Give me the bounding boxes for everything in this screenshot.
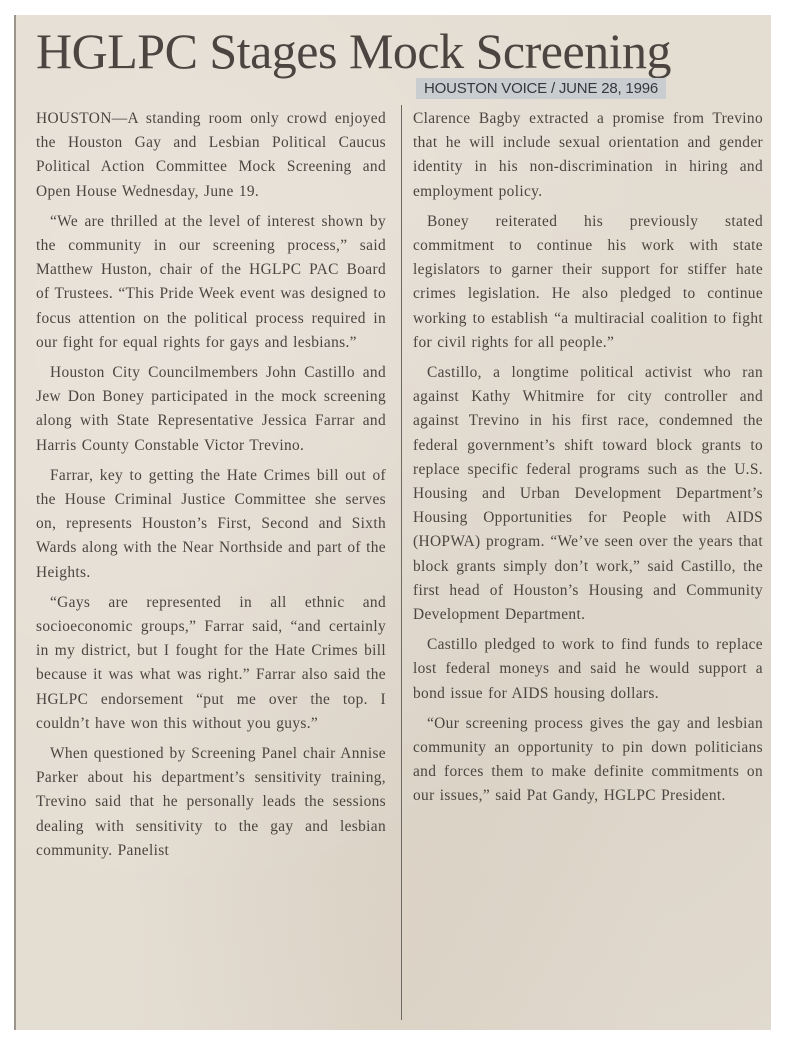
article-column-right: Clarence Bagby extracted a promise from … [413,107,763,815]
paragraph: Boney reiterated his previously stated c… [413,210,763,355]
article-column-left: HOUSTON—A standing room only crowd enjoy… [36,107,386,869]
paragraph: Farrar, key to getting the Hate Crimes b… [36,464,386,585]
newspaper-clipping: HGLPC Stages Mock Screening HOUSTON VOIC… [14,15,771,1030]
paragraph-continuation: Clarence Bagby extracted a promise from … [413,107,763,204]
paragraph: “Gays are represented in all ethnic and … [36,591,386,736]
paragraph: “Our screening process gives the gay and… [413,712,763,809]
paragraph: HOUSTON—A standing room only crowd enjoy… [36,107,386,204]
source-dateline: HOUSTON VOICE / JUNE 28, 1996 [416,78,666,99]
headline: HGLPC Stages Mock Screening [36,21,766,81]
paragraph: Castillo, a longtime political activist … [413,361,763,627]
column-divider [401,105,402,1020]
paragraph: “We are thrilled at the level of interes… [36,210,386,355]
paragraph: Castillo pledged to work to find funds t… [413,633,763,706]
paragraph: Houston City Councilmembers John Castill… [36,361,386,458]
paragraph: When questioned by Screening Panel chair… [36,742,386,863]
